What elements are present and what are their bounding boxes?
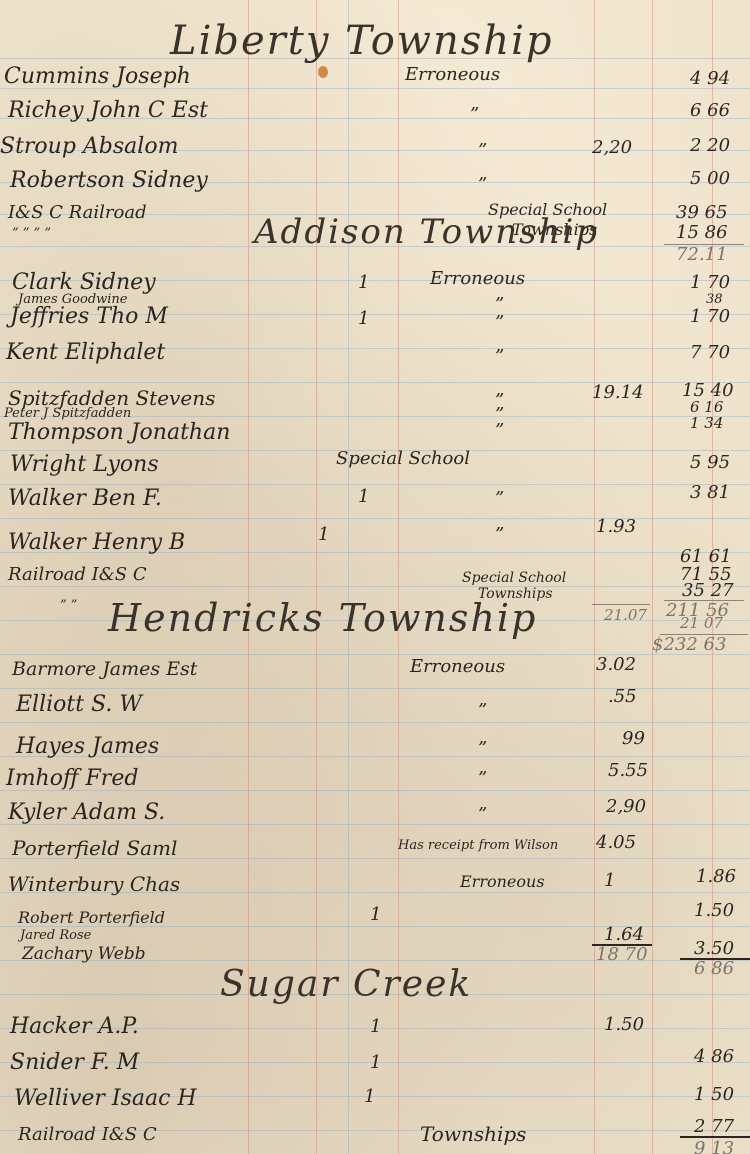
ledger-note: Special School bbox=[336, 448, 470, 469]
subtotal: 35 27 bbox=[682, 580, 734, 601]
ledger-note: ” bbox=[478, 738, 487, 759]
ledger-name: Porterfield Saml bbox=[12, 836, 177, 860]
ledger-name: Kyler Adam S. bbox=[8, 800, 165, 825]
subtotal: 21 07 bbox=[680, 614, 723, 632]
ledger-mark: 1 bbox=[358, 272, 369, 293]
ledger-col-a: 2,90 bbox=[606, 796, 646, 817]
ledger-name: Railroad I&S C bbox=[8, 564, 147, 585]
grand-total: $232 63 bbox=[652, 634, 726, 655]
ledger-note: ” bbox=[495, 346, 504, 367]
ledger-amount: 2 20 bbox=[690, 135, 730, 156]
ledger-mark: 1 bbox=[364, 1086, 375, 1107]
section-total: 72.11 bbox=[676, 244, 728, 265]
ledger-col-a: 99 bbox=[622, 728, 645, 749]
section-heading-liberty: Liberty Township bbox=[170, 18, 553, 64]
ledger-mark: 1 bbox=[358, 308, 369, 329]
ledger-col-a: 3.02 bbox=[596, 654, 636, 675]
ledger-name: Imhoff Fred bbox=[6, 766, 138, 791]
ledger-amount: 1 50 bbox=[694, 1084, 734, 1105]
ledger-name: Robert Porterfield bbox=[18, 908, 165, 927]
section-heading-hendricks: Hendricks Township bbox=[108, 596, 537, 640]
section-total: 6 86 bbox=[694, 958, 734, 979]
ink-blot bbox=[318, 66, 328, 78]
ledger-name: Robertson Sidney bbox=[10, 168, 208, 193]
ledger-amount: 38 bbox=[706, 292, 723, 307]
ledger-name: Jeffries Tho M bbox=[10, 304, 168, 329]
ledger-name: Cummins Joseph bbox=[4, 64, 191, 89]
ledger-col-a: 4.05 bbox=[596, 832, 636, 853]
ledger-amount: 3 81 bbox=[690, 482, 730, 503]
ledger-mark: 1 bbox=[370, 1052, 381, 1073]
ledger-amount: 1.50 bbox=[694, 900, 734, 921]
ledger-name: Jared Rose bbox=[20, 928, 91, 943]
col-a-total: 21.07 bbox=[604, 606, 647, 624]
ledger-name: Kent Eliphalet bbox=[6, 340, 165, 365]
ledger-col-a: .55 bbox=[608, 686, 637, 707]
ledger-name: Walker Ben F. bbox=[8, 486, 162, 511]
ledger-note: ” bbox=[478, 768, 487, 789]
ledger-amount: 1 70 bbox=[690, 306, 730, 327]
ledger-amount: 15 86 bbox=[676, 222, 728, 243]
ledger-note: Special School bbox=[462, 570, 566, 586]
ledger-note: Erroneous bbox=[460, 872, 545, 891]
ledger-name: Stroup Absalom bbox=[0, 134, 178, 159]
ledger-name: Walker Henry B bbox=[8, 530, 185, 555]
ledger-amount: 5 00 bbox=[690, 168, 730, 189]
ledger-amount: 4 86 bbox=[694, 1046, 734, 1067]
ledger-name: Richey John C Est bbox=[8, 98, 208, 123]
ledger-col-a: 19.14 bbox=[592, 382, 644, 403]
ledger-amount: 1.86 bbox=[696, 866, 736, 887]
ledger-note: Erroneous bbox=[410, 656, 505, 677]
ledger-name: Hacker A.P. bbox=[10, 1014, 139, 1039]
ledger-note: Erroneous bbox=[430, 268, 525, 289]
ledger-mark: 1 bbox=[370, 904, 381, 925]
ledger-col-a: 2,20 bbox=[592, 137, 632, 158]
ledger-name: Zachary Webb bbox=[22, 944, 146, 964]
ledger-amount: 39 65 bbox=[676, 202, 728, 223]
ledger-note: Erroneous bbox=[405, 64, 500, 85]
ledger-col-a: 1.50 bbox=[604, 1014, 644, 1035]
ledger-note: ” bbox=[478, 140, 487, 161]
ledger-name: Wright Lyons bbox=[10, 452, 159, 477]
ledger-note: ” bbox=[495, 312, 504, 333]
ledger-amount: 1 70 bbox=[690, 272, 730, 293]
section-heading-sugar-creek: Sugar Creek bbox=[220, 964, 472, 1005]
ledger-name: Snider F. M bbox=[10, 1050, 139, 1075]
ledger-name: Welliver Isaac H bbox=[14, 1086, 197, 1111]
section-heading-addison: Addison Township bbox=[254, 212, 599, 252]
ledger-name: Thompson Jonathan bbox=[8, 420, 230, 445]
ledger-name: ” ” bbox=[60, 598, 77, 613]
ledger-name: Winterbury Chas bbox=[8, 872, 180, 896]
ledger-amount: 1 34 bbox=[690, 414, 723, 432]
ledger-note: Has receipt from Wilson bbox=[398, 838, 558, 853]
ledger-note: ” bbox=[478, 700, 487, 721]
ledger-name: Railroad I&S C bbox=[18, 1124, 157, 1145]
ledger-amount: 4 94 bbox=[690, 68, 730, 89]
ledger-col-a: 1 bbox=[604, 870, 615, 891]
ledger-amount: 6 66 bbox=[690, 100, 730, 121]
ledger-name: ” ” ” ” bbox=[12, 226, 51, 241]
ledger-note: ” bbox=[478, 174, 487, 195]
ledger-col-a: 1.64 bbox=[604, 924, 644, 945]
ledger-note: ” bbox=[478, 804, 487, 825]
ledger-name: Hayes James bbox=[16, 734, 159, 759]
ledger-amount: 5 95 bbox=[690, 452, 730, 473]
col-a-total: 18 70 bbox=[596, 944, 648, 965]
ledger-mark: 1 bbox=[318, 524, 329, 545]
ledger-note: ” bbox=[495, 420, 504, 441]
ledger-mark: 1 bbox=[370, 1016, 381, 1037]
ledger-note: Townships bbox=[420, 1122, 526, 1146]
ledger-note: ” bbox=[495, 524, 504, 545]
ledger-amount: 2 77 bbox=[694, 1116, 734, 1137]
ledger-name: Peter J Spitzfadden bbox=[4, 406, 131, 421]
section-total: 9 13 bbox=[694, 1138, 734, 1154]
ledger-name: Barmore James Est bbox=[12, 658, 197, 680]
ledger-amount: 7 70 bbox=[690, 342, 730, 363]
ledger-name: I&S C Railroad bbox=[8, 202, 147, 223]
ledger-note: ” bbox=[470, 104, 479, 125]
ledger-col-a: 1.93 bbox=[596, 516, 636, 537]
ledger-amount: 3.50 bbox=[694, 938, 734, 959]
ledger-note: ” bbox=[495, 488, 504, 509]
ledger-mark: 1 bbox=[358, 486, 369, 507]
ledger-name: Elliott S. W bbox=[16, 692, 142, 717]
ledger-col-a: 5.55 bbox=[608, 760, 648, 781]
